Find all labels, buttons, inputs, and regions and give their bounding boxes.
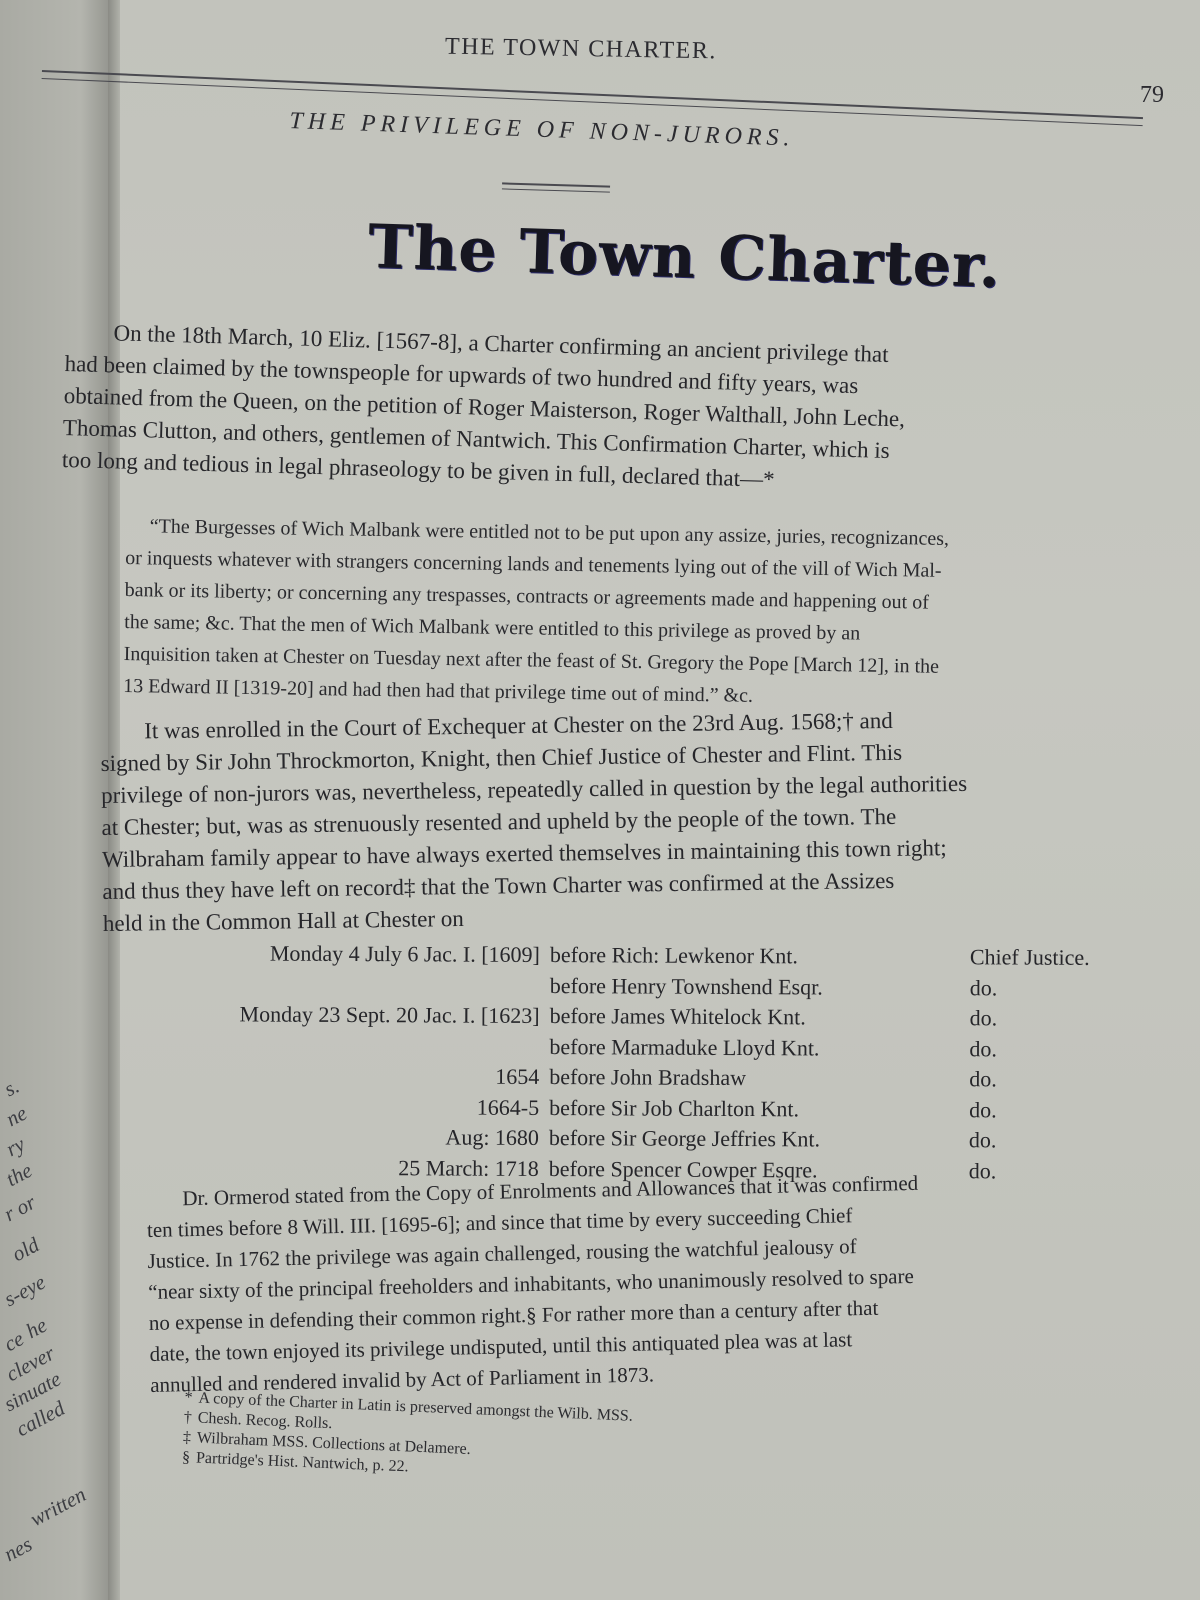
assize-judge: before Henry Townshend Esqr.: [550, 973, 823, 1000]
section-divider-rule: [502, 182, 610, 192]
assize-date: 1654: [495, 1064, 539, 1090]
assize-date: 1664-5: [477, 1094, 539, 1120]
assize-row: before Marmaduke Lloyd Knt. do.: [159, 1031, 1079, 1066]
page-content: THE TOWN CHARTER. 79 THE PRIVILEGE OF NO…: [0, 0, 1200, 1600]
assize-confirmations-table: Monday 4 July 6 Jac. I. [1609] before Ri…: [159, 940, 1080, 1189]
assize-office: do.: [969, 1097, 997, 1123]
assize-row: 1664-5 before Sir Job Charlton Knt. do.: [159, 1092, 1079, 1127]
footnotes: *A copy of the Charter in Latin is prese…: [182, 1388, 634, 1487]
assize-office: Chief Justice.: [970, 944, 1090, 971]
paragraph-ormerod: Dr. Ormerod stated from the Copy of Enro…: [146, 1163, 1160, 1401]
assize-judge: before Marmaduke Lloyd Knt.: [549, 1034, 819, 1061]
assize-judge: before James Whitelock Knt.: [550, 1003, 806, 1030]
assize-judge: before Sir George Jeffries Knt.: [549, 1125, 820, 1152]
assize-date: Monday 23 Sept. 20 Jac. I. [1623]: [240, 1001, 540, 1029]
assize-office: do.: [969, 1127, 997, 1153]
assize-office: do.: [969, 1036, 997, 1062]
section-heading: THE PRIVILEGE OF NON-JURORS.: [289, 108, 795, 153]
assize-date: Aug: 1680: [445, 1124, 539, 1150]
running-head: THE TOWN CHARTER.: [445, 34, 717, 66]
assize-judge: before Rich: Lewkenor Knt.: [550, 942, 798, 969]
assize-office: do.: [970, 1005, 998, 1031]
assize-office: do.: [970, 975, 998, 1001]
paragraph-charter-origin: On the 18th March, 10 Eliz. [1567-8], a …: [62, 316, 1146, 506]
footnote-mark: †: [183, 1408, 198, 1429]
footnote-mark: §: [182, 1448, 197, 1469]
assize-judge: before John Bradshaw: [549, 1064, 746, 1091]
assize-row: 1654 before John Bradshaw do.: [159, 1062, 1079, 1097]
footnote-mark: ‡: [182, 1428, 197, 1449]
assize-row: Aug: 1680 before Sir George Jeffries Knt…: [159, 1123, 1079, 1158]
assize-row: Monday 23 Sept. 20 Jac. I. [1623] before…: [160, 1001, 1080, 1036]
charter-quotation: “The Burgesses of Wich Malbank were enti…: [123, 510, 1156, 718]
paragraph-enrolment: It was enrolled in the Court of Excheque…: [100, 701, 1153, 940]
chapter-title: The Town Charter.: [367, 212, 1002, 302]
assize-date: Monday 4 July 6 Jac. I. [1609]: [270, 941, 540, 968]
assize-row: Monday 4 July 6 Jac. I. [1609] before Ri…: [160, 940, 1080, 975]
page-number: 79: [1140, 82, 1164, 109]
assize-judge: before Sir Job Charlton Knt.: [549, 1095, 799, 1122]
assize-office: do.: [969, 1066, 997, 1092]
footnote-mark: *: [184, 1388, 199, 1409]
assize-row: before Henry Townshend Esqr. do.: [160, 970, 1080, 1005]
